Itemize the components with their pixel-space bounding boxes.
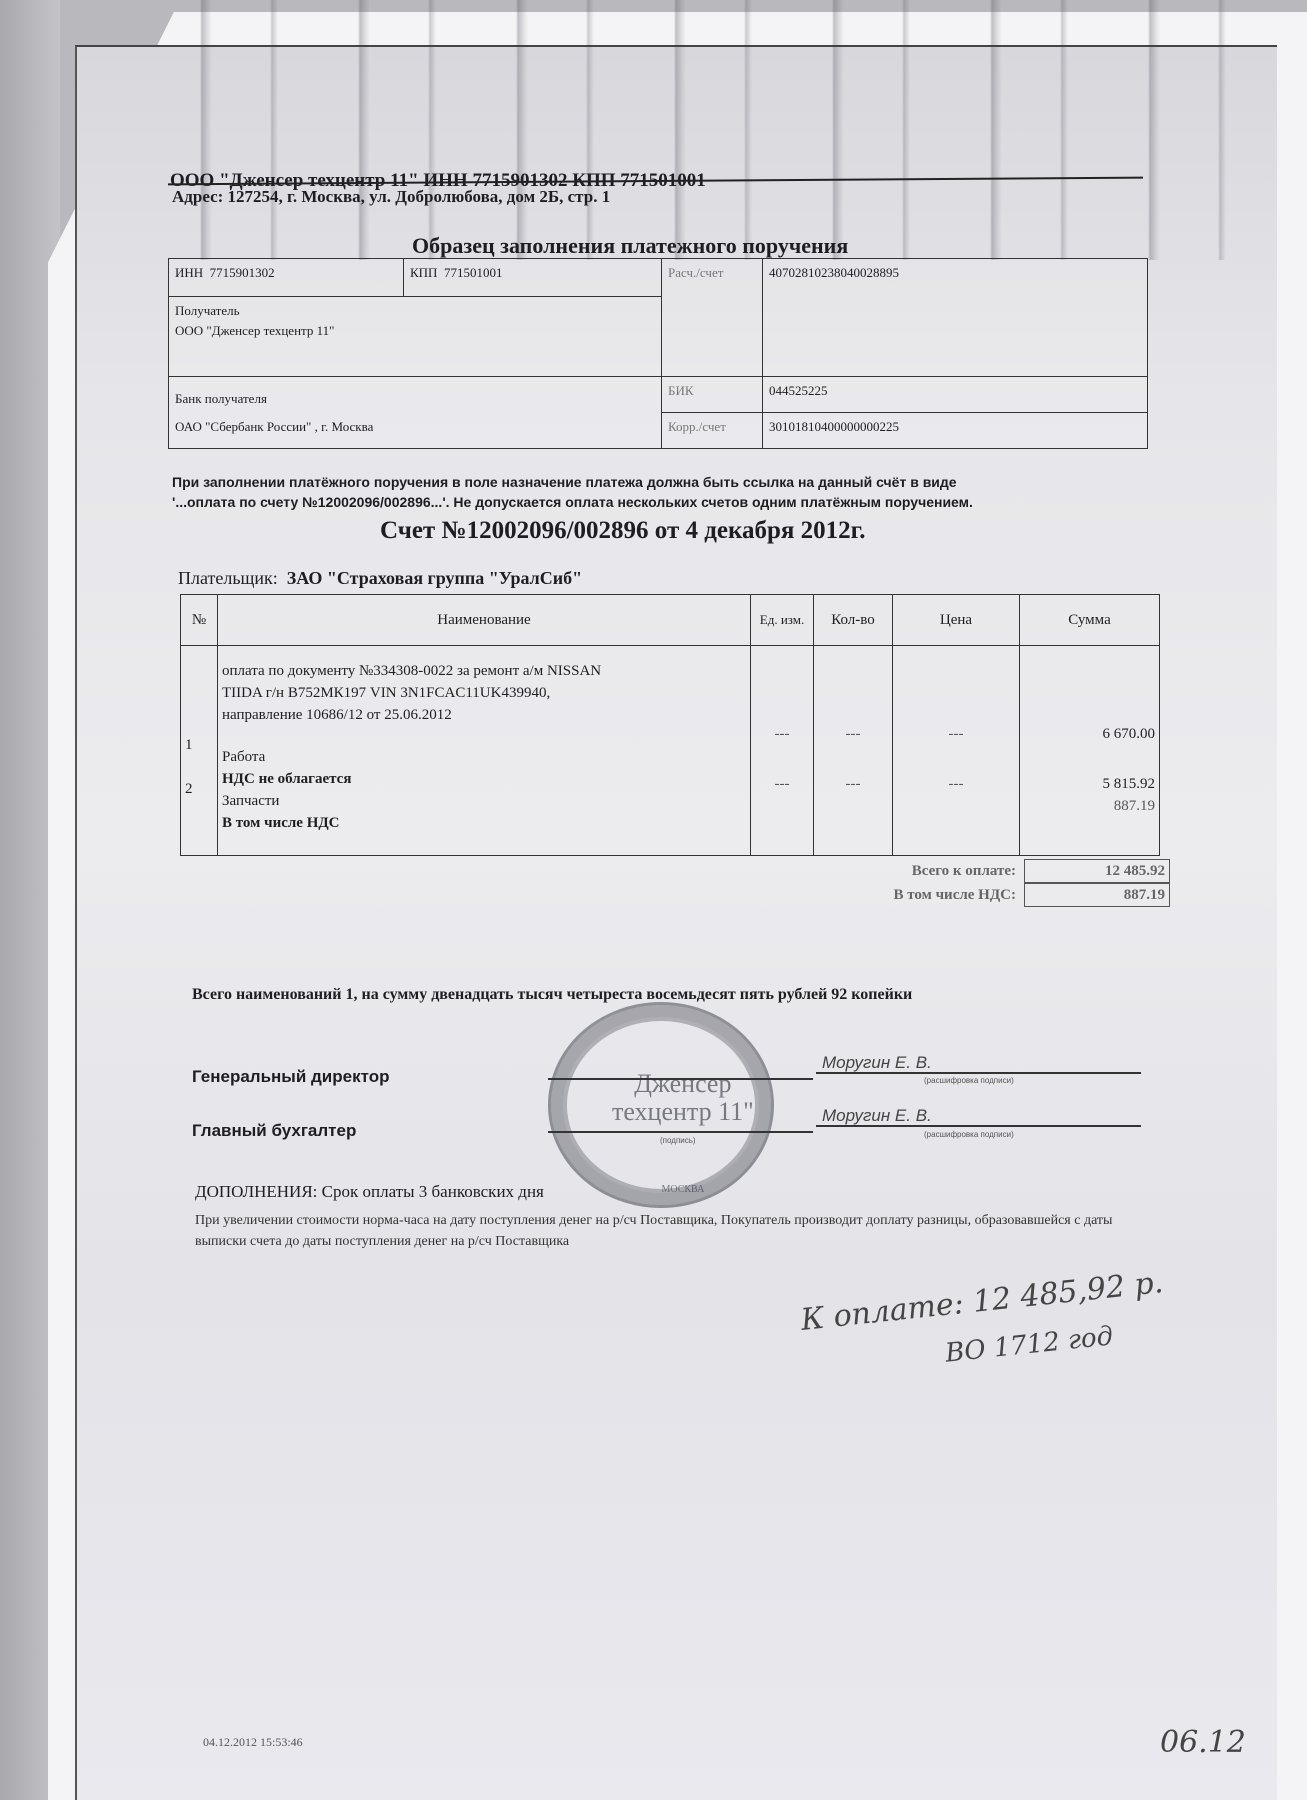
totals-block: Всего к оплате: 12 485.92 В том числе НД… [800,859,1170,907]
row-2-unit: --- [755,773,809,795]
row-2-name: Запчасти [222,790,746,812]
notice-line-1: При заполнении платёжного поручения в по… [172,472,1132,492]
row-1-number: 1 [185,734,213,756]
row-1-unit: --- [755,723,809,745]
vat-row: В том числе НДС: 887.19 [800,883,1170,907]
bik-label: БИК [668,383,694,398]
kpp-cell: КПП 771501001 [404,259,662,297]
sum-in-words: Всего наименований 1, на сумму двенадцат… [192,986,912,1004]
col-name: Наименование [218,595,751,646]
recipient-cell: Получатель ООО "Дженсер техцентр 11" [169,297,662,377]
row-2-price: --- [897,773,1015,795]
recipient-label: Получатель [175,303,655,319]
vat-label: В том числе НДС: [893,887,1016,904]
stamp-line-1: Дженсер [612,1070,754,1098]
description-line: TIIDA г/н В752МК197 VIN 3N1FCAC11UK43994… [222,682,746,704]
row-1-vat-note: НДС не облагается [222,768,746,790]
col-sum: Сумма [1020,595,1160,646]
row-1-qty: --- [818,723,888,745]
row-2-qty: --- [818,773,888,795]
accountant-name-line [816,1125,1141,1127]
corr-value: 30101810400000000225 [769,419,899,434]
row-2-number: 2 [185,778,213,800]
inn-value: 7715901302 [210,265,275,280]
inn-cell: ИНН 7715901302 [169,259,404,297]
row-sums: 6 670.00 5 815.92 887.19 [1020,646,1160,856]
bik-cell: 044525225 [763,377,1148,413]
notice-line-2: '...оплата по счету №12002096/002896...'… [172,492,1132,512]
description-line: оплата по документу №334308-0022 за ремо… [222,660,746,682]
accountant-name: Моругин Е. В. [822,1106,932,1126]
director-name-line [816,1072,1141,1074]
bank-label: Банк получателя [175,391,655,407]
row-descriptions: оплата по документу №334308-0022 за ремо… [218,646,751,856]
bank-value: ОАО "Сбербанк России" , г. Москва [175,419,655,435]
vat-value: 887.19 [1024,883,1170,907]
account-label-cell: Расч./счет [662,259,763,377]
stamp-city: МОСКВА [612,1176,754,1204]
account-cell: 40702810238040028895 [763,259,1148,377]
director-decode-caption: (расшифровка подписи) [924,1076,1014,1085]
bank-details-table: ИНН 7715901302 КПП 771501001 Расч./счет … [168,258,1148,449]
accountant-decode-caption: (расшифровка подписи) [924,1130,1014,1139]
additions-terms: При увеличении стоимости норма-часа на д… [195,1210,1155,1252]
total-label: Всего к оплате: [912,863,1016,880]
row-prices: --- --- [893,646,1020,856]
handwritten-date: 06.12 [1160,1725,1246,1760]
account-label: Расч./счет [668,265,723,280]
row-2-vat-note: В том числе НДС [222,812,746,834]
recipient-value: ООО "Дженсер техцентр 11" [175,323,655,339]
accountant-signature-line [548,1131,813,1133]
row-2-sum: 5 815.92 [1024,773,1155,795]
bik-value: 044525225 [769,383,828,398]
items-table: № Наименование Ед. изм. Кол-во Цена Сумм… [180,594,1160,856]
col-qty: Кол-во [814,595,893,646]
table-row: 1 2 оплата по документу №334308-0022 за … [181,646,1160,856]
bank-cell: Банк получателя ОАО "Сбербанк России" , … [169,377,662,449]
supplier-address: Адрес: 127254, г. Москва, ул. Добролюбов… [172,187,610,207]
total-row: Всего к оплате: 12 485.92 [800,859,1170,883]
description-line: направление 10686/12 от 25.06.2012 [222,704,746,726]
col-number: № [181,595,218,646]
account-value: 40702810238040028895 [769,265,899,280]
stamp-line-2: техцентр 11" [612,1098,754,1126]
director-label: Генеральный директор [192,1067,389,1087]
payment-sample-title: Образец заполнения платежного поручения [412,233,848,259]
col-price: Цена [893,595,1020,646]
row-1-price: --- [897,723,1015,745]
row-qtys: --- --- [814,646,893,856]
director-signature-line [548,1078,813,1080]
scan-artifacts [120,0,1300,260]
payment-notice: При заполнении платёжного поручения в по… [172,472,1132,512]
bik-label-cell: БИК [662,377,763,413]
row-1-name: Работа [222,746,746,768]
corr-label-cell: Корр./счет [662,413,763,449]
payer-value: ЗАО "Страховая группа "УралСиб" [287,568,582,588]
kpp-label: КПП [410,265,437,280]
accountant-label: Главный бухгалтер [192,1121,356,1141]
row-numbers: 1 2 [181,646,218,856]
corr-label: Корр./счет [668,419,726,434]
director-name: Моругин Е. В. [822,1053,932,1073]
invoice-title: Счет №12002096/002896 от 4 декабря 2012г… [380,517,865,545]
corr-cell: 30101810400000000225 [763,413,1148,449]
row-1-sum: 6 670.00 [1024,723,1155,745]
additions-title: ДОПОЛНЕНИЯ: Срок оплаты 3 банковских дня [195,1182,544,1202]
print-timestamp: 04.12.2012 15:53:46 [203,1735,303,1750]
total-value: 12 485.92 [1024,859,1170,883]
row-units: --- --- [751,646,814,856]
kpp-value: 771501001 [444,265,503,280]
row-2-vat-sum: 887.19 [1024,795,1155,817]
accountant-signature-caption: (подпись) [660,1136,696,1145]
col-unit: Ед. изм. [751,595,814,646]
inn-label: ИНН [175,265,203,280]
payer-label: Плательщик: [178,568,278,588]
payer-line: Плательщик: ЗАО "Страховая группа "УралС… [178,568,582,589]
